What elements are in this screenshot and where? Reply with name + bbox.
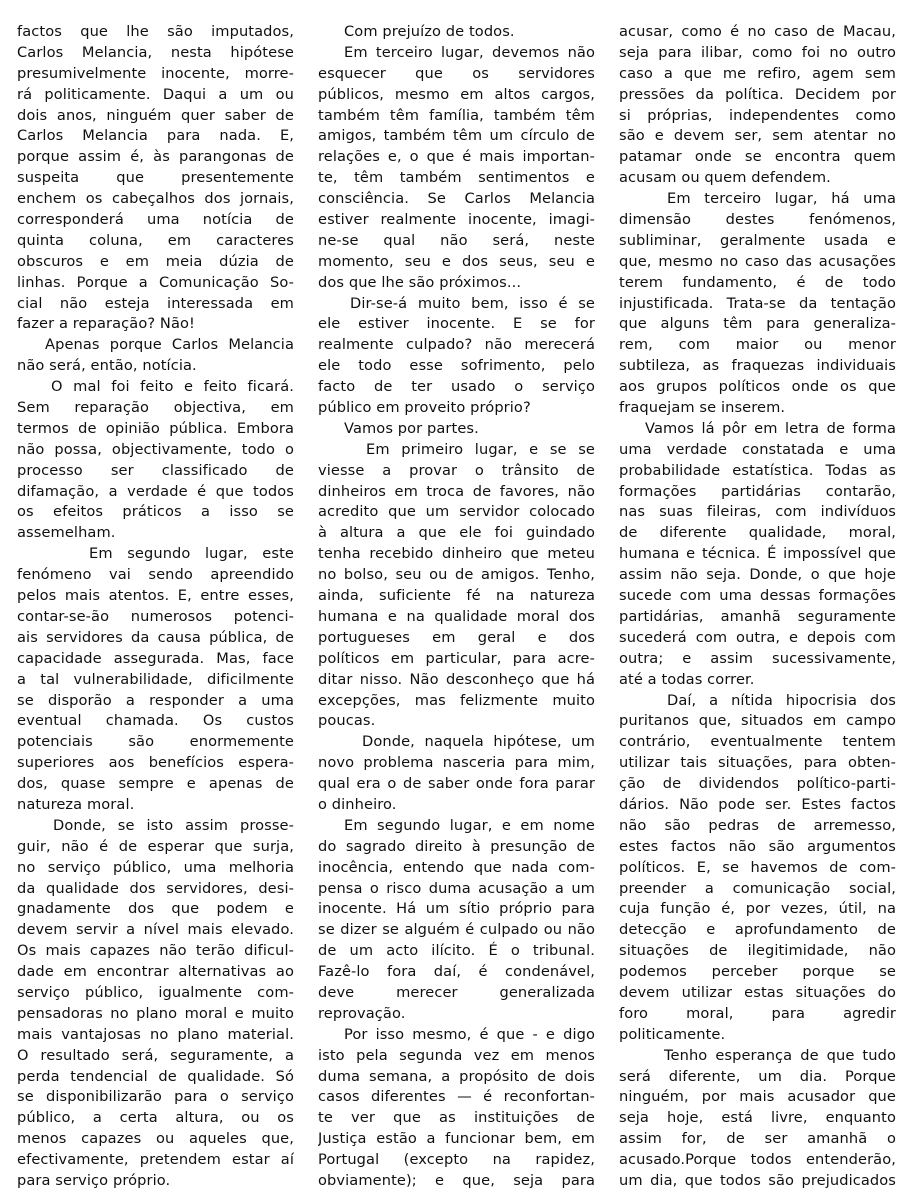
text-line: no serviço público, uma melhoria bbox=[17, 858, 294, 879]
text-line: ele todo esse sofrimento, pelo bbox=[318, 356, 595, 377]
text-column-2: Com prejuízo de todos.Em terceiro lugar,… bbox=[318, 22, 595, 1191]
paragraph: Tenho esperança de que tudoserá diferent… bbox=[619, 1046, 896, 1191]
text-line: à altura a que ele foi guindado bbox=[318, 523, 595, 544]
text-line: mais vantajosas no plano material. bbox=[17, 1025, 294, 1046]
text-line: Tenho esperança de que tudo bbox=[619, 1046, 896, 1067]
text-line: processo ser classificado de bbox=[17, 461, 294, 482]
text-line: políticos. E, se havemos de com- bbox=[619, 858, 896, 879]
text-line: sucede com uma dessas formações bbox=[619, 586, 896, 607]
paragraph: Em terceiro lugar, há umadimensão destes… bbox=[619, 189, 896, 419]
text-line: ditar nisso. Não desconheço que há bbox=[318, 670, 595, 691]
text-line: ninguém, por mais acusador que bbox=[619, 1087, 896, 1108]
text-line: ainda, suficiente fé na natureza bbox=[318, 586, 595, 607]
text-line: Fazê-lo fora daí, é condenável, bbox=[318, 962, 595, 983]
text-line: detecção e aprofundamento de bbox=[619, 920, 896, 941]
text-line: sucederá com outra, e depois com bbox=[619, 628, 896, 649]
text-line: Em terceiro lugar, há uma bbox=[619, 189, 896, 210]
paragraph: Em terceiro lugar, devemos nãoesquecer q… bbox=[318, 43, 595, 294]
text-line: uma verdade constatada e uma bbox=[619, 440, 896, 461]
text-line: será diferente, um dia. Porque bbox=[619, 1067, 896, 1088]
text-line: estiver realmente inocente, imagi- bbox=[318, 210, 595, 231]
text-line: excepções, mas felizmente muito bbox=[318, 691, 595, 712]
text-line: utilizar tais situações, para obten- bbox=[619, 753, 896, 774]
text-line: se disponibilizarão para o serviço bbox=[17, 1087, 294, 1108]
text-line: realmente culpado? não merecerá bbox=[318, 335, 595, 356]
text-line: o dinheiro. bbox=[318, 795, 595, 816]
text-column-1: factos que lhe são imputados,Carlos Mela… bbox=[17, 22, 294, 1191]
text-line: acusado.Porque todos entenderão, bbox=[619, 1150, 896, 1171]
text-line: humana e técnica. É impossível que bbox=[619, 544, 896, 565]
text-line: no bolso, seu ou de amigos. Tenho, bbox=[318, 565, 595, 586]
text-line: Em segundo lugar, e em nome bbox=[318, 816, 595, 837]
text-line: se disporão a responder a uma bbox=[17, 691, 294, 712]
text-line: para serviço próprio. bbox=[17, 1171, 294, 1191]
text-line: devem utilizar estas situações do bbox=[619, 983, 896, 1004]
text-line: novo problema nasceria para mim, bbox=[318, 753, 595, 774]
text-line: inocência, entendo que nada com- bbox=[318, 858, 595, 879]
text-line: qual era o de saber onde fora parar bbox=[318, 774, 595, 795]
text-line: patamar onde se encontra quem bbox=[619, 147, 896, 168]
text-line: pensa o risco duma acusação a um bbox=[318, 879, 595, 900]
text-line: linhas. Porque a Comunicação So- bbox=[17, 273, 294, 294]
text-line: ção de dividendos político-parti- bbox=[619, 774, 896, 795]
text-line: puritanos que, situados em campo bbox=[619, 711, 896, 732]
text-line: menos capazes ou aqueles que, bbox=[17, 1129, 294, 1150]
text-line: Apenas porque Carlos Melancia bbox=[17, 335, 294, 356]
text-line: suspeita que presentemente bbox=[17, 168, 294, 189]
text-line: rá politicamente. Daqui a um ou bbox=[17, 85, 294, 106]
text-line: perda tendencial de qualidade. Só bbox=[17, 1067, 294, 1088]
text-line: cuja função é, por vezes, útil, na bbox=[619, 899, 896, 920]
text-line: corresponderá uma notícia de bbox=[17, 210, 294, 231]
text-line: Os mais capazes não terão dificul- bbox=[17, 941, 294, 962]
text-line: potenciais são enormemente bbox=[17, 732, 294, 753]
text-line: formações partidárias contarão, bbox=[619, 482, 896, 503]
text-line: relações e, o que é mais importan- bbox=[318, 147, 595, 168]
text-line: um dia, que todos são prejudicados bbox=[619, 1171, 896, 1191]
paragraph: Em segundo lugar, estefenómeno vai sendo… bbox=[17, 544, 294, 816]
text-line: acusam ou quem defendem. bbox=[619, 168, 896, 189]
text-line: Daí, a nítida hipocrisia dos bbox=[619, 691, 896, 712]
paragraph: Em primeiro lugar, e se seviesse a prova… bbox=[318, 440, 595, 732]
text-line: assim não seja. Donde, o que hoje bbox=[619, 565, 896, 586]
text-line: dois anos, ninguém quer saber de bbox=[17, 106, 294, 127]
text-line: Dir-se-á muito bem, isso é se bbox=[318, 294, 595, 315]
text-column-3: acusar, como é no caso de Macau,seja par… bbox=[619, 22, 896, 1191]
text-line: probabilidade estatística. Todas as bbox=[619, 461, 896, 482]
text-line: subtileza, as fraquezas individuais bbox=[619, 356, 896, 377]
text-line: pensadoras no plano moral e muito bbox=[17, 1004, 294, 1025]
text-line: pressões da política. Decidem por bbox=[619, 85, 896, 106]
paragraph: Vamos lá pôr em letra de formauma verdad… bbox=[619, 419, 896, 691]
paragraph: Em segundo lugar, e em nomedo sagrado di… bbox=[318, 816, 595, 1025]
text-line: dários. Não pode ser. Estes factos bbox=[619, 795, 896, 816]
text-line: efectivamente, pretendem estar aí bbox=[17, 1150, 294, 1171]
text-line: se dizer se alguém é culpado ou não bbox=[318, 920, 595, 941]
text-line: público, a certa altura, ou os bbox=[17, 1108, 294, 1129]
text-line: seja para ilibar, como foi no outro bbox=[619, 43, 896, 64]
text-line: obviamente); e que, seja para bbox=[318, 1171, 595, 1191]
text-line: podemos perceber porque se bbox=[619, 962, 896, 983]
text-line: consciência. Se Carlos Melancia bbox=[318, 189, 595, 210]
text-line: de um acto ilícito. É o tribunal. bbox=[318, 941, 595, 962]
text-line: O mal foi feito e feito ficará. bbox=[17, 377, 294, 398]
text-line: serviço público, igualmente com- bbox=[17, 983, 294, 1004]
text-line: Vamos lá pôr em letra de forma bbox=[619, 419, 896, 440]
text-line: esquecer que os servidores bbox=[318, 64, 595, 85]
text-line: Em primeiro lugar, e se se bbox=[318, 440, 595, 461]
text-line: situações de ilegitimidade, não bbox=[619, 941, 896, 962]
text-line: do sagrado direito à presunção de bbox=[318, 837, 595, 858]
text-line: Carlos Melancia para nada. E, bbox=[17, 126, 294, 147]
text-line: enchem os cabeçalhos dos jornais, bbox=[17, 189, 294, 210]
text-line: outra; e assim sucessivamente, bbox=[619, 649, 896, 670]
text-line: os efeitos práticos a isso se bbox=[17, 502, 294, 523]
text-line: Vamos por partes. bbox=[318, 419, 595, 440]
text-line: da qualidade dos servidores, desi- bbox=[17, 879, 294, 900]
text-line: natureza moral. bbox=[17, 795, 294, 816]
text-line: poucas. bbox=[318, 711, 595, 732]
text-line: porque assim é, às parangonas de bbox=[17, 147, 294, 168]
paragraph: O mal foi feito e feito ficará.Sem repar… bbox=[17, 377, 294, 544]
text-line: portugueses em geral e dos bbox=[318, 628, 595, 649]
text-line: eventual chamada. Os custos bbox=[17, 711, 294, 732]
text-line: caso a que me refiro, agem sem bbox=[619, 64, 896, 85]
text-line: são e devem ser, sem atentar no bbox=[619, 126, 896, 147]
text-line: politicamente. bbox=[619, 1025, 896, 1046]
text-line: duma semana, a propósito de dois bbox=[318, 1067, 595, 1088]
paragraph: acusar, como é no caso de Macau,seja par… bbox=[619, 22, 896, 189]
text-line: pelos mais atentos. E, entre esses, bbox=[17, 586, 294, 607]
text-line: seja hoje, está livre, enquanto bbox=[619, 1108, 896, 1129]
paragraph: Apenas porque Carlos Melancianão será, e… bbox=[17, 335, 294, 377]
text-line: subliminar, geralmente usada e bbox=[619, 231, 896, 252]
text-line: foro moral, para agredir bbox=[619, 1004, 896, 1025]
text-line: não possa, objectivamente, todo o bbox=[17, 440, 294, 461]
text-line: si próprias, independentes como bbox=[619, 106, 896, 127]
text-line: isto pela segunda vez em menos bbox=[318, 1046, 595, 1067]
text-line: assemelham. bbox=[17, 523, 294, 544]
text-line: contrário, eventualmente tentem bbox=[619, 732, 896, 753]
text-line: Portugal (excepto na rapidez, bbox=[318, 1150, 595, 1171]
text-line: fazer a reparação? Não! bbox=[17, 314, 294, 335]
text-line: capacidade assegurada. Mas, face bbox=[17, 649, 294, 670]
text-line: amigos, também têm um círculo de bbox=[318, 126, 595, 147]
newspaper-article-page: factos que lhe são imputados,Carlos Mela… bbox=[0, 0, 900, 1191]
text-line: nas suas fileiras, com indivíduos bbox=[619, 502, 896, 523]
paragraph: Donde, se isto assim prosse-guir, não é … bbox=[17, 816, 294, 1191]
text-line: acredito que um servidor colocado bbox=[318, 502, 595, 523]
text-line: termos de opinião pública. Embora bbox=[17, 419, 294, 440]
text-line: injustificada. Trata-se da tentação bbox=[619, 294, 896, 315]
text-line: ele estiver inocente. E se for bbox=[318, 314, 595, 335]
text-line: contar-se-ão numerosos potenci- bbox=[17, 607, 294, 628]
text-line: cial não esteja interessada em bbox=[17, 294, 294, 315]
text-line: Em segundo lugar, este bbox=[17, 544, 294, 565]
text-line: dinheiros em troca de favores, não bbox=[318, 482, 595, 503]
text-line: Carlos Melancia, nesta hipótese bbox=[17, 43, 294, 64]
text-line: humana e na qualidade moral dos bbox=[318, 607, 595, 628]
text-line: devem servir a nível mais elevado. bbox=[17, 920, 294, 941]
text-line: quinta coluna, em caracteres bbox=[17, 231, 294, 252]
text-line: Com prejuízo de todos. bbox=[318, 22, 595, 43]
text-line: Sem reparação objectiva, em bbox=[17, 398, 294, 419]
text-line: guir, não é de esperar que surja, bbox=[17, 837, 294, 858]
text-line: dimensão destes fenómenos, bbox=[619, 210, 896, 231]
text-line: públicos, mesmo em altos cargos, bbox=[318, 85, 595, 106]
text-line: de diferente qualidade, moral, bbox=[619, 523, 896, 544]
text-line: fraquejam se inserem. bbox=[619, 398, 896, 419]
text-line: fenómeno vai sendo apreendido bbox=[17, 565, 294, 586]
text-line: a tal vulnerabilidade, dificilmente bbox=[17, 670, 294, 691]
paragraph: Dir-se-á muito bem, isso é seele estiver… bbox=[318, 294, 595, 419]
text-line: te, têm também sentimentos e bbox=[318, 168, 595, 189]
text-line: dos, quase sempre e apenas de bbox=[17, 774, 294, 795]
text-line: Donde, naquela hipótese, um bbox=[318, 732, 595, 753]
text-line: tenha recebido dinheiro que meteu bbox=[318, 544, 595, 565]
text-line: também têm família, também têm bbox=[318, 106, 595, 127]
text-line: O resultado será, seguramente, a bbox=[17, 1046, 294, 1067]
text-line: não será, então, notícia. bbox=[17, 356, 294, 377]
text-line: até a todas correr. bbox=[619, 670, 896, 691]
text-line: gnadamente dos que podem e bbox=[17, 899, 294, 920]
text-line: Donde, se isto assim prosse- bbox=[17, 816, 294, 837]
text-line: que, mesmo no caso das acusações bbox=[619, 252, 896, 273]
text-line: não são pedras de arremesso, bbox=[619, 816, 896, 837]
text-line: que alguns têm para generaliza- bbox=[619, 314, 896, 335]
text-line: facto de ter usado o serviço bbox=[318, 377, 595, 398]
text-line: factos que lhe são imputados, bbox=[17, 22, 294, 43]
text-line: te ver que as instituições de bbox=[318, 1108, 595, 1129]
text-line: difamação, a verdade é que todos bbox=[17, 482, 294, 503]
paragraph: Com prejuízo de todos. bbox=[318, 22, 595, 43]
text-line: superiores aos benefícios espera- bbox=[17, 753, 294, 774]
text-line: casos diferentes — é reconfortan- bbox=[318, 1087, 595, 1108]
text-line: terem fundamento, é de todo bbox=[619, 273, 896, 294]
text-line: aos grupos políticos onde os que bbox=[619, 377, 896, 398]
text-line: dade em encontrar alternativas ao bbox=[17, 962, 294, 983]
paragraph: Donde, naquela hipótese, umnovo problema… bbox=[318, 732, 595, 816]
text-line: rem, com maior ou menor bbox=[619, 335, 896, 356]
text-line: viesse a provar o trânsito de bbox=[318, 461, 595, 482]
text-line: dos que lhe são próximos... bbox=[318, 273, 595, 294]
text-line: assim for, de ser amanhã o bbox=[619, 1129, 896, 1150]
text-line: preender a comunicação social, bbox=[619, 879, 896, 900]
paragraph: Por isso mesmo, é que - e digoisto pela … bbox=[318, 1025, 595, 1191]
text-line: ais servidores da causa pública, de bbox=[17, 628, 294, 649]
text-line: Em terceiro lugar, devemos não bbox=[318, 43, 595, 64]
text-line: partidárias, amanhã seguramente bbox=[619, 607, 896, 628]
text-line: políticos em particular, para acre- bbox=[318, 649, 595, 670]
paragraph: Daí, a nítida hipocrisia dospuritanos qu… bbox=[619, 691, 896, 1046]
text-line: inocente. Há um sítio próprio para bbox=[318, 899, 595, 920]
text-line: Justiça estão a funcionar bem, em bbox=[318, 1129, 595, 1150]
text-line: Por isso mesmo, é que - e digo bbox=[318, 1025, 595, 1046]
text-line: presumivelmente inocente, morre- bbox=[17, 64, 294, 85]
text-line: deve merecer generalizada bbox=[318, 983, 595, 1004]
text-line: estes factos não são argumentos bbox=[619, 837, 896, 858]
text-line: público em proveito próprio? bbox=[318, 398, 595, 419]
text-line: obscuros e em meia dúzia de bbox=[17, 252, 294, 273]
text-line: momento, seu e dos seus, seu e bbox=[318, 252, 595, 273]
text-line: acusar, como é no caso de Macau, bbox=[619, 22, 896, 43]
paragraph: Vamos por partes. bbox=[318, 419, 595, 440]
text-line: reprovação. bbox=[318, 1004, 595, 1025]
text-line: ne-se qual não será, neste bbox=[318, 231, 595, 252]
paragraph: factos que lhe são imputados,Carlos Mela… bbox=[17, 22, 294, 335]
